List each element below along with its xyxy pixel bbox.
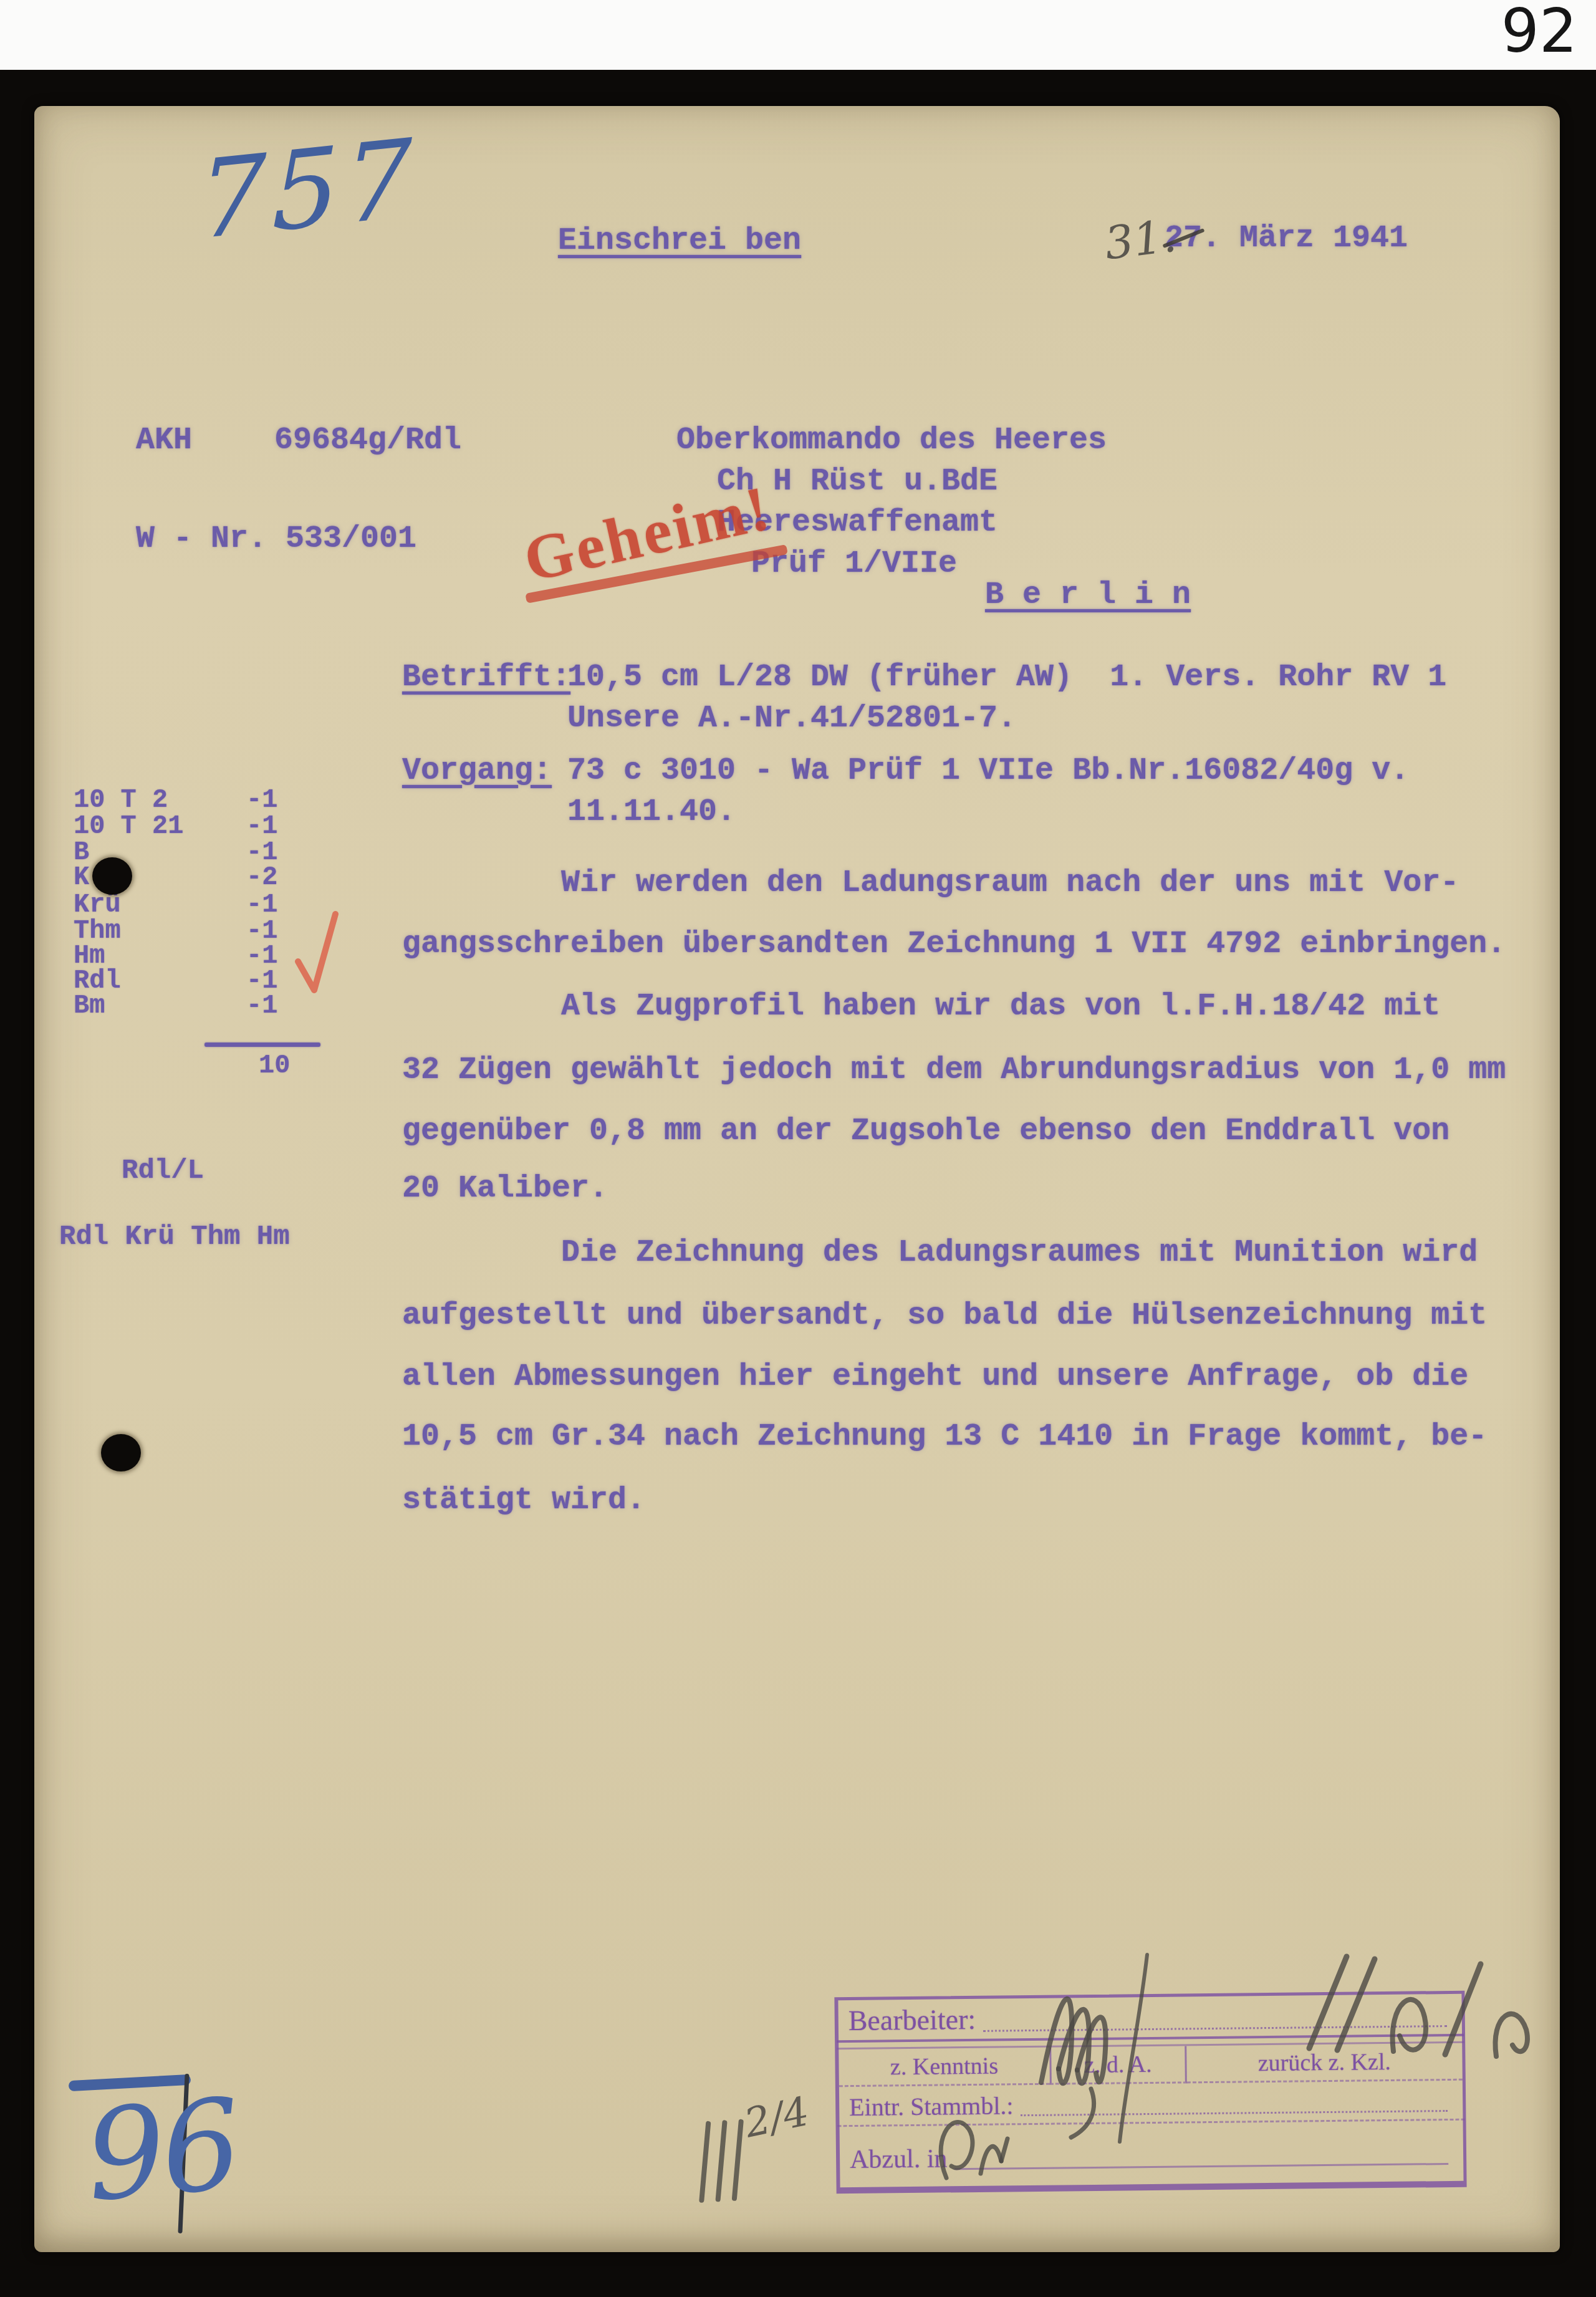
- pencil-abzul-mark: [921, 2100, 1015, 2187]
- subject-line-2: Unsere A.-Nr.41/52801-7.: [567, 703, 1016, 734]
- distribution-label: Krü: [74, 892, 121, 918]
- handwritten-page-marker: 96: [81, 2083, 243, 2220]
- punch-hole: [101, 1434, 141, 1471]
- distribution-label: Rdl: [74, 968, 121, 994]
- body-line: allen Abmessungen hier eingeht und unser…: [402, 1362, 1468, 1393]
- body-line: Die Zeichnung des Ladungsraumes mit Muni…: [561, 1238, 1478, 1269]
- reference-line-2: 11.11.40.: [567, 797, 736, 828]
- distribution-value: -1: [246, 993, 277, 1019]
- body-line: 20 Kaliber.: [402, 1173, 608, 1205]
- reference-label: Vorgang:: [402, 756, 552, 787]
- sender-w-number: W - Nr. 533/001: [136, 524, 416, 555]
- distribution-label: Hm: [74, 943, 105, 969]
- distribution-value: -1: [246, 943, 277, 969]
- struck-date: 27: [1165, 223, 1202, 254]
- handwritten-archive-number: 757: [199, 124, 417, 255]
- distribution-value: -1: [246, 968, 277, 994]
- date-rest: . März 1941: [1202, 221, 1408, 256]
- date-line: 27. März 1941: [1165, 223, 1408, 254]
- handler-code: Rdl/L: [122, 1157, 204, 1185]
- body-line: 32 Zügen gewählt jedoch mit dem Abrundun…: [402, 1055, 1506, 1086]
- distribution-value: -2: [246, 864, 277, 890]
- distribution-value: -1: [246, 787, 277, 813]
- distribution-label: K: [74, 864, 89, 890]
- body-line: gegenüber 0,8 mm an der Zugsohle ebenso …: [402, 1116, 1449, 1147]
- body-line: stätigt wird.: [402, 1485, 645, 1516]
- recipient-city: B e r l i n: [985, 580, 1191, 611]
- pencil-date-text: 2/4: [741, 2092, 812, 2144]
- document-scan: 92 757 Einschrei ben 31. 27. März 1941 A…: [0, 0, 1596, 2297]
- reference-line-1: 73 c 3010 - Wa Prüf 1 VIIe Bb.Nr.16082/4…: [567, 756, 1409, 787]
- scanner-margin-strip: 92: [0, 0, 1596, 70]
- dispatch-note: Einschrei ben: [558, 226, 801, 257]
- distribution-value: -1: [246, 918, 277, 944]
- red-check-icon: [292, 905, 342, 999]
- body-line: gangsschreiben übersandten Zeichnung 1 V…: [402, 929, 1506, 960]
- pencil-signatures: [997, 1920, 1546, 2157]
- distribution-label: Bm: [74, 993, 105, 1019]
- subject-label: Betrifft:: [402, 662, 570, 693]
- distribution-value: -1: [246, 892, 277, 918]
- distribution-value: -1: [246, 813, 277, 839]
- body-line: aufgestellt und übersandt, so bald die H…: [402, 1301, 1487, 1332]
- punch-hole: [92, 857, 132, 895]
- sender-org: AKH: [136, 425, 192, 456]
- distribution-label: Thm: [74, 918, 121, 944]
- distribution-label: 10 T 21: [74, 813, 183, 839]
- body-line: 10,5 cm Gr.34 nach Zeichnung 13 C 1410 i…: [402, 1422, 1487, 1453]
- distribution-label: 10 T 2: [74, 787, 168, 813]
- distribution-label: B: [74, 839, 89, 865]
- body-line: Wir werden den Ladungsraum nach der uns …: [561, 868, 1459, 899]
- distribution-value: -1: [246, 839, 277, 865]
- bearbeiter-label: Bearbeiter:: [848, 2003, 976, 2037]
- sender-ref-number: 69684g/Rdl: [274, 425, 461, 456]
- initials-row: Rdl Krü Thm Hm: [59, 1223, 290, 1251]
- recipient-line-1: Oberkommando des Heeres: [676, 425, 1107, 456]
- subject-line-1: 10,5 cm L/28 DW (früher AW) 1. Vers. Roh…: [567, 662, 1446, 693]
- scan-page-number: 92: [1501, 0, 1577, 63]
- distribution-total: 10: [259, 1052, 290, 1079]
- body-line: Als Zugprofil haben wir das von l.F.H.18…: [561, 991, 1440, 1023]
- distribution-total-rule: [204, 1043, 320, 1047]
